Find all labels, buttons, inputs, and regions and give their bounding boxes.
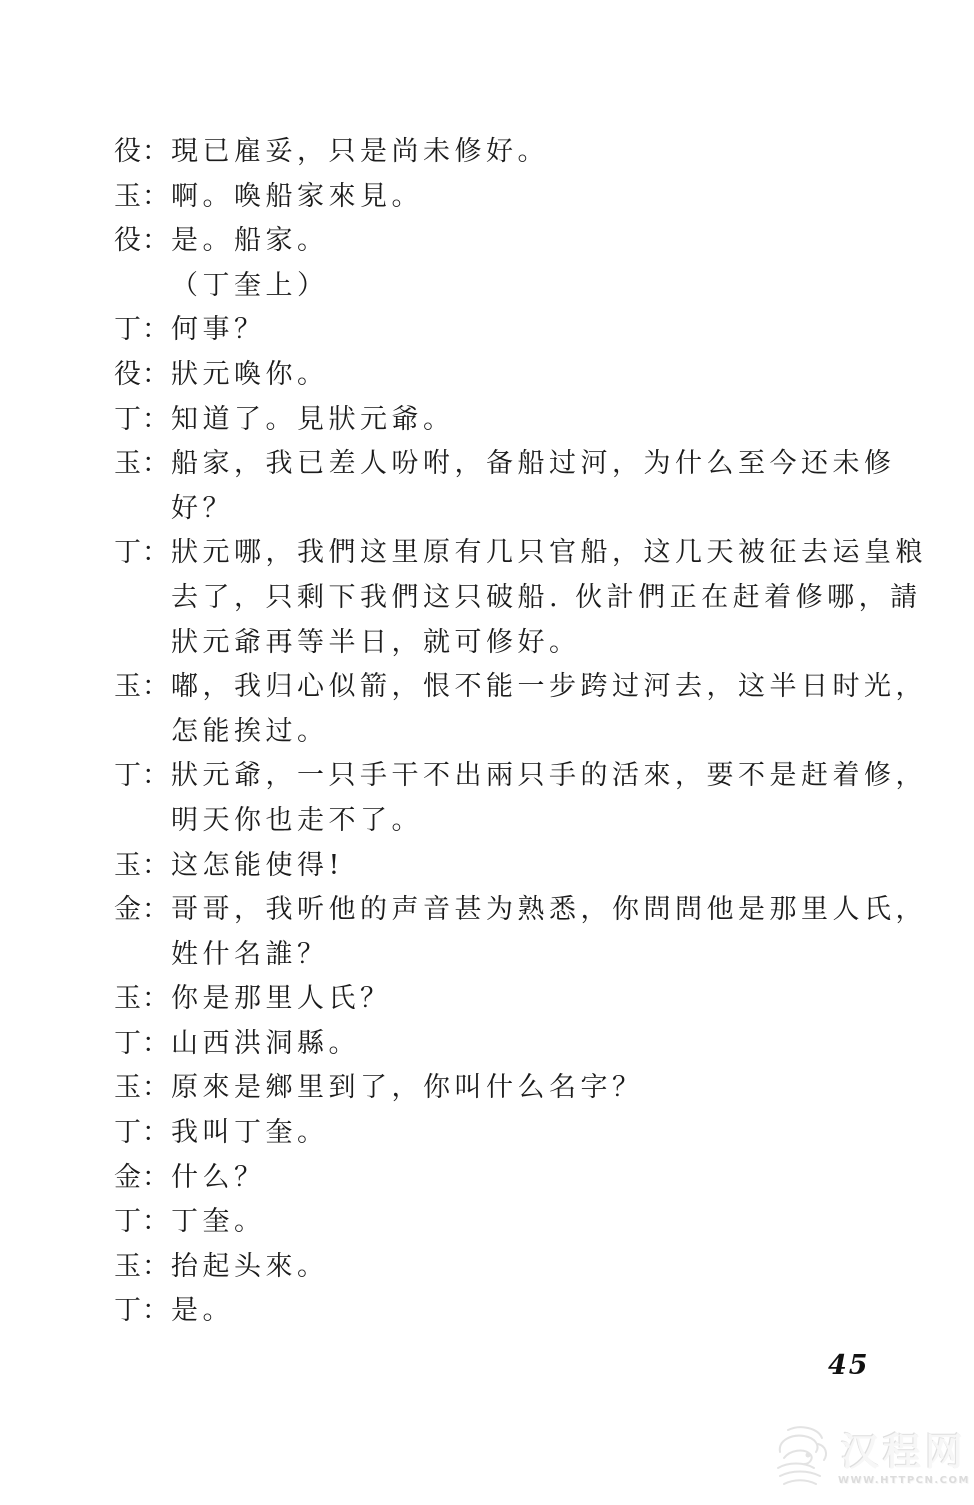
watermark-site-name: 汉程网: [838, 1431, 970, 1473]
speaker-label: 玉：: [114, 175, 171, 220]
dialogue-line: 山西洪洞縣。: [171, 1022, 938, 1067]
speech-lines: 狀元爺，一只手干不出兩只手的活來，要不是赶着修，明天你也走不了。: [171, 754, 938, 843]
speaker-label: 丁：: [114, 1022, 171, 1067]
speech-lines: 原來是鄉里到了，你叫什么名字？: [171, 1066, 938, 1111]
dialogue-line: 去了，只剩下我們这只破船. 伙計們正在赶着修哪，請: [171, 576, 938, 621]
speech-lines: （丁奎上）: [171, 264, 938, 309]
dialogue-line: 是。船家。: [171, 219, 938, 264]
dialogue-line: 啊。喚船家來見。: [171, 175, 938, 220]
dialogue-line: 原來是鄉里到了，你叫什么名字？: [171, 1066, 938, 1111]
dialogue-entry: 玉：嘟，我归心似箭，恨不能一步跨过河去，这半日时光，怎能挨过。: [114, 665, 938, 754]
speaker-label: 役：: [114, 353, 171, 398]
speaker-label: 役：: [114, 219, 171, 264]
dialogue-line: 抬起头來。: [171, 1245, 938, 1290]
dialogue-line: 嘟，我归心似箭，恨不能一步跨过河去，这半日时光，: [171, 665, 938, 710]
dialogue-line: 何事？: [171, 308, 938, 353]
speech-lines: 是。船家。: [171, 219, 938, 264]
dialogue-line: 狀元爺再等半日，就可修好。: [171, 621, 938, 666]
dialogue-line: 狀元喚你。: [171, 353, 938, 398]
speech-lines: 是。: [171, 1289, 938, 1334]
dialogue-entry: 丁：丁奎。: [114, 1200, 938, 1245]
dialogue-line: 狀元哪，我們这里原有几只官船，这几天被征去运皇粮: [171, 531, 938, 576]
dialogue-entry: 丁：何事？: [114, 308, 938, 353]
speech-lines: 抬起头來。: [171, 1245, 938, 1290]
scanned-page: 役：現已雇妥，只是尚未修好。玉：啊。喚船家來見。役：是。船家。（丁奎上）丁：何事…: [0, 0, 974, 1505]
speech-lines: 船家，我已差人吩咐，备船过河，为什么至今还未修好？: [171, 442, 938, 531]
speaker-label: 丁：: [114, 1111, 171, 1156]
speech-lines: 哥哥，我听他的声音甚为熟悉，你問問他是那里人氏，姓什名誰？: [171, 888, 938, 977]
speaker-label: 玉：: [114, 665, 171, 710]
dialogue-entry: 丁：我叫丁奎。: [114, 1111, 938, 1156]
speaker-label: 金：: [114, 1156, 171, 1201]
speech-lines: 現已雇妥，只是尚未修好。: [171, 130, 938, 175]
dialogue-entry: 役：現已雇妥，只是尚未修好。: [114, 130, 938, 175]
dialogue-line: 好？: [171, 487, 938, 532]
speaker-label: 丁：: [114, 308, 171, 353]
dialogue-line: 什么？: [171, 1156, 938, 1201]
speaker-label: 玉：: [114, 844, 171, 889]
speaker-label: 丁：: [114, 398, 171, 443]
dialogue-entry: 金：什么？: [114, 1156, 938, 1201]
speech-lines: 知道了。見狀元爺。: [171, 398, 938, 443]
dialogue-line: 哥哥，我听他的声音甚为熟悉，你問問他是那里人氏，: [171, 888, 938, 933]
watermark-site-url: WWW.HTTPCN.COM: [838, 1475, 970, 1486]
speech-lines: 山西洪洞縣。: [171, 1022, 938, 1067]
speaker-label: 役：: [114, 130, 171, 175]
dialogue-entry: 丁：狀元哪，我們这里原有几只官船，这几天被征去运皇粮去了，只剩下我們这只破船. …: [114, 531, 938, 665]
watermark: 汉程网 WWW.HTTPCN.COM: [774, 1415, 970, 1501]
dialogue-line: 丁奎。: [171, 1200, 938, 1245]
dialogue-line: 怎能挨过。: [171, 710, 938, 755]
speech-lines: 狀元喚你。: [171, 353, 938, 398]
dialogue-line: 你是那里人氏？: [171, 977, 938, 1022]
dialogue-entry: 玉：抬起头來。: [114, 1245, 938, 1290]
watermark-text: 汉程网 WWW.HTTPCN.COM: [838, 1431, 970, 1486]
dialogue-entry: 玉：原來是鄉里到了，你叫什么名字？: [114, 1066, 938, 1111]
dialogue-line: 姓什名誰？: [171, 933, 938, 978]
dialogue-line: 明天你也走不了。: [171, 799, 938, 844]
dialogue-line: （丁奎上）: [171, 264, 938, 309]
speech-lines: 啊。喚船家來見。: [171, 175, 938, 220]
dialogue-entry: 丁：狀元爺，一只手干不出兩只手的活來，要不是赶着修，明天你也走不了。: [114, 754, 938, 843]
speaker-label: 丁：: [114, 754, 171, 799]
speaker-label: 丁：: [114, 531, 171, 576]
speech-lines: 何事？: [171, 308, 938, 353]
speaker-label: 丁：: [114, 1200, 171, 1245]
dialogue-line: 是。: [171, 1289, 938, 1334]
dialogue-entry: 金：哥哥，我听他的声音甚为熟悉，你問問他是那里人氏，姓什名誰？: [114, 888, 938, 977]
dialogue-line: 現已雇妥，只是尚未修好。: [171, 130, 938, 175]
speaker-label: 玉：: [114, 1245, 171, 1290]
dragon-swirl-icon: [774, 1422, 838, 1494]
page-number: 45: [828, 1350, 870, 1381]
speaker-label: 玉：: [114, 977, 171, 1022]
dialogue-line: 我叫丁奎。: [171, 1111, 938, 1156]
speaker-label: 玉：: [114, 442, 171, 487]
dialogue-entry: 玉：啊。喚船家來見。: [114, 175, 938, 220]
dialogue-entry: 玉：船家，我已差人吩咐，备船过河，为什么至今还未修好？: [114, 442, 938, 531]
dialogue-entry: 丁：山西洪洞縣。: [114, 1022, 938, 1067]
dialogue-entry: 玉：你是那里人氏？: [114, 977, 938, 1022]
dialogue-entry: 丁：知道了。見狀元爺。: [114, 398, 938, 443]
dialogue-text: 役：現已雇妥，只是尚未修好。玉：啊。喚船家來見。役：是。船家。（丁奎上）丁：何事…: [114, 130, 938, 1334]
dialogue-line: 狀元爺，一只手干不出兩只手的活來，要不是赶着修，: [171, 754, 938, 799]
speech-lines: 狀元哪，我們这里原有几只官船，这几天被征去运皇粮去了，只剩下我們这只破船. 伙計…: [171, 531, 938, 665]
dialogue-line: 这怎能使得!: [171, 844, 938, 889]
dialogue-entry: 玉：这怎能使得!: [114, 844, 938, 889]
speech-lines: 我叫丁奎。: [171, 1111, 938, 1156]
speaker-label: 玉：: [114, 1066, 171, 1111]
speech-lines: 嘟，我归心似箭，恨不能一步跨过河去，这半日时光，怎能挨过。: [171, 665, 938, 754]
dialogue-entry: 役：狀元喚你。: [114, 353, 938, 398]
speaker-label: 金：: [114, 888, 171, 933]
speech-lines: 什么？: [171, 1156, 938, 1201]
speech-lines: 你是那里人氏？: [171, 977, 938, 1022]
speaker-label: 丁：: [114, 1289, 171, 1334]
dialogue-entry: 役：是。船家。: [114, 219, 938, 264]
speech-lines: 这怎能使得!: [171, 844, 938, 889]
stage-direction: （丁奎上）: [114, 264, 938, 309]
dialogue-line: 船家，我已差人吩咐，备船过河，为什么至今还未修: [171, 442, 938, 487]
dialogue-line: 知道了。見狀元爺。: [171, 398, 938, 443]
speech-lines: 丁奎。: [171, 1200, 938, 1245]
dialogue-entry: 丁：是。: [114, 1289, 938, 1334]
